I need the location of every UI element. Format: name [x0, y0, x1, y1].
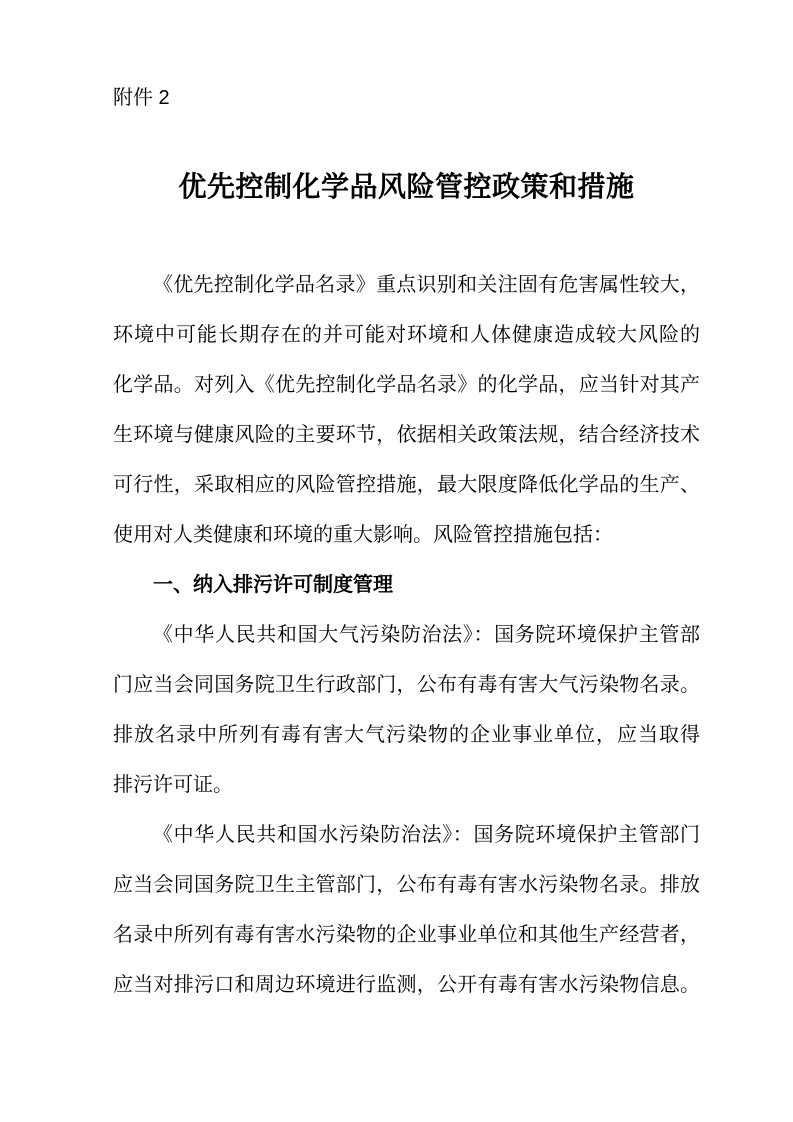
attachment-label: 附件 2 [113, 86, 700, 110]
text-line: 排放名录中所列有毒有害大气污染物的企业事业单位，应当取得 [113, 710, 700, 760]
text-line: 应当对排污口和周边环境进行监测，公开有毒有害水污染物信息。 [113, 960, 700, 1010]
text-line: 化学品。对列入《优先控制化学品名录》的化学品，应当针对其产 [113, 360, 700, 410]
text-line: 可行性，采取相应的风险管控措施，最大限度降低化学品的生产、 [113, 460, 700, 510]
section-heading-permit-system: 一、纳入排污许可制度管理 [113, 560, 700, 610]
text-line: 排污许可证。 [113, 760, 700, 810]
paragraph-air-pollution-law: 《中华人民共和国大气污染防治法》：国务院环境保护主管部 门应当会同国务院卫生行政… [113, 610, 700, 810]
document-body: 《优先控制化学品名录》重点识别和关注固有危害属性较大， 环境中可能长期存在的并可… [113, 260, 700, 1010]
text-line: 应当会同国务院卫生主管部门，公布有毒有害水污染物名录。排放 [113, 860, 700, 910]
text-line: 名录中所列有毒有害水污染物的企业事业单位和其他生产经营者， [113, 910, 700, 960]
text-line: 《中华人民共和国大气污染防治法》：国务院环境保护主管部 [113, 610, 700, 660]
text-line: 生环境与健康风险的主要环节，依据相关政策法规，结合经济技术 [113, 410, 700, 460]
document-page: 附件 2 优先控制化学品风险管控政策和措施 《优先控制化学品名录》重点识别和关注… [0, 0, 793, 1122]
paragraph-intro: 《优先控制化学品名录》重点识别和关注固有危害属性较大， 环境中可能长期存在的并可… [113, 260, 700, 560]
text-line: 环境中可能长期存在的并可能对环境和人体健康造成较大风险的 [113, 310, 700, 360]
text-line: 《中华人民共和国水污染防治法》：国务院环境保护主管部门 [113, 810, 700, 860]
document-content: 附件 2 优先控制化学品风险管控政策和措施 《优先控制化学品名录》重点识别和关注… [113, 0, 700, 1010]
text-line: 门应当会同国务院卫生行政部门，公布有毒有害大气污染物名录。 [113, 660, 700, 710]
text-line: 《优先控制化学品名录》重点识别和关注固有危害属性较大， [113, 260, 700, 310]
document-title: 优先控制化学品风险管控政策和措施 [113, 170, 700, 204]
paragraph-water-pollution-law: 《中华人民共和国水污染防治法》：国务院环境保护主管部门 应当会同国务院卫生主管部… [113, 810, 700, 1010]
section-heading-text: 一、纳入排污许可制度管理 [113, 560, 700, 610]
text-line: 使用对人类健康和环境的重大影响。风险管控措施包括： [113, 510, 700, 560]
